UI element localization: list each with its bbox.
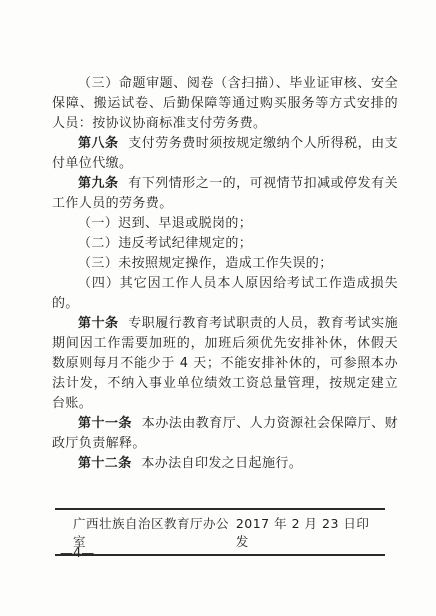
print-date-label: 2017 年 2 月 23 日印发 (236, 514, 377, 550)
paragraph-text: （三）未按照规定操作，造成工作失误的； (78, 256, 333, 271)
clause-label: 第九条 (78, 176, 118, 191)
paragraph-article-10: 第十条专职履行教育考试职责的人员，教育考试实施期间因工作需要加班的，加班后须优先… (52, 314, 398, 414)
paragraph-item-2: （二）违反考试纪律规定的； (52, 234, 398, 254)
paragraph-text: （三）命题审题、阅卷（含扫描）、毕业证审核、安全保障、搬运试卷、后勤保障等通过购… (52, 76, 398, 131)
clause-label: 第十一条 (78, 416, 132, 431)
paragraph-text: 本办法自印发之日起施行。 (141, 456, 302, 471)
paragraph-article-8: 第八条支付劳务费时须按规定缴纳个人所得税，由支付单位代缴。 (52, 134, 398, 174)
paragraph-item-1: （一）迟到、早退或脱岗的； (52, 214, 398, 234)
paragraph-text: （四）其它因工作人员本人原因给考试工作造成损失的。 (52, 276, 398, 311)
paragraph-article-11: 第十一条本办法由教育厅、人力资源社会保障厅、财政厅负责解释。 (52, 414, 398, 454)
colophon: 广西壮族自治区教育厅办公室 2017 年 2 月 23 日印发 (55, 508, 385, 556)
paragraph-item-4: （四）其它因工作人员本人原因给考试工作造成损失的。 (52, 274, 398, 314)
page-number: —4— (60, 546, 94, 561)
paragraph-article-9: 第九条有下列情形之一的，可视情节扣减或停发有关工作人员的劳务费。 (52, 174, 398, 214)
clause-label: 第八条 (78, 136, 118, 151)
issuing-office-label: 广西壮族自治区教育厅办公室 (73, 514, 236, 550)
clause-label: 第十条 (78, 316, 118, 331)
paragraph-article-12: 第十二条本办法自印发之日起施行。 (52, 454, 398, 474)
paragraph-text: （二）违反考试纪律规定的； (78, 236, 252, 251)
paragraph-item-3: （三）未按照规定操作，造成工作失误的； (52, 254, 398, 274)
document-body: （三）命题审题、阅卷（含扫描）、毕业证审核、安全保障、搬运试卷、后勤保障等通过购… (52, 74, 398, 474)
clause-label: 第十二条 (78, 456, 132, 471)
document-page: （三）命题审题、阅卷（含扫描）、毕业证审核、安全保障、搬运试卷、后勤保障等通过购… (0, 0, 436, 616)
paragraph-text: （一）迟到、早退或脱岗的； (78, 216, 252, 231)
paragraph-item-3-services: （三）命题审题、阅卷（含扫描）、毕业证审核、安全保障、搬运试卷、后勤保障等通过购… (52, 74, 398, 134)
